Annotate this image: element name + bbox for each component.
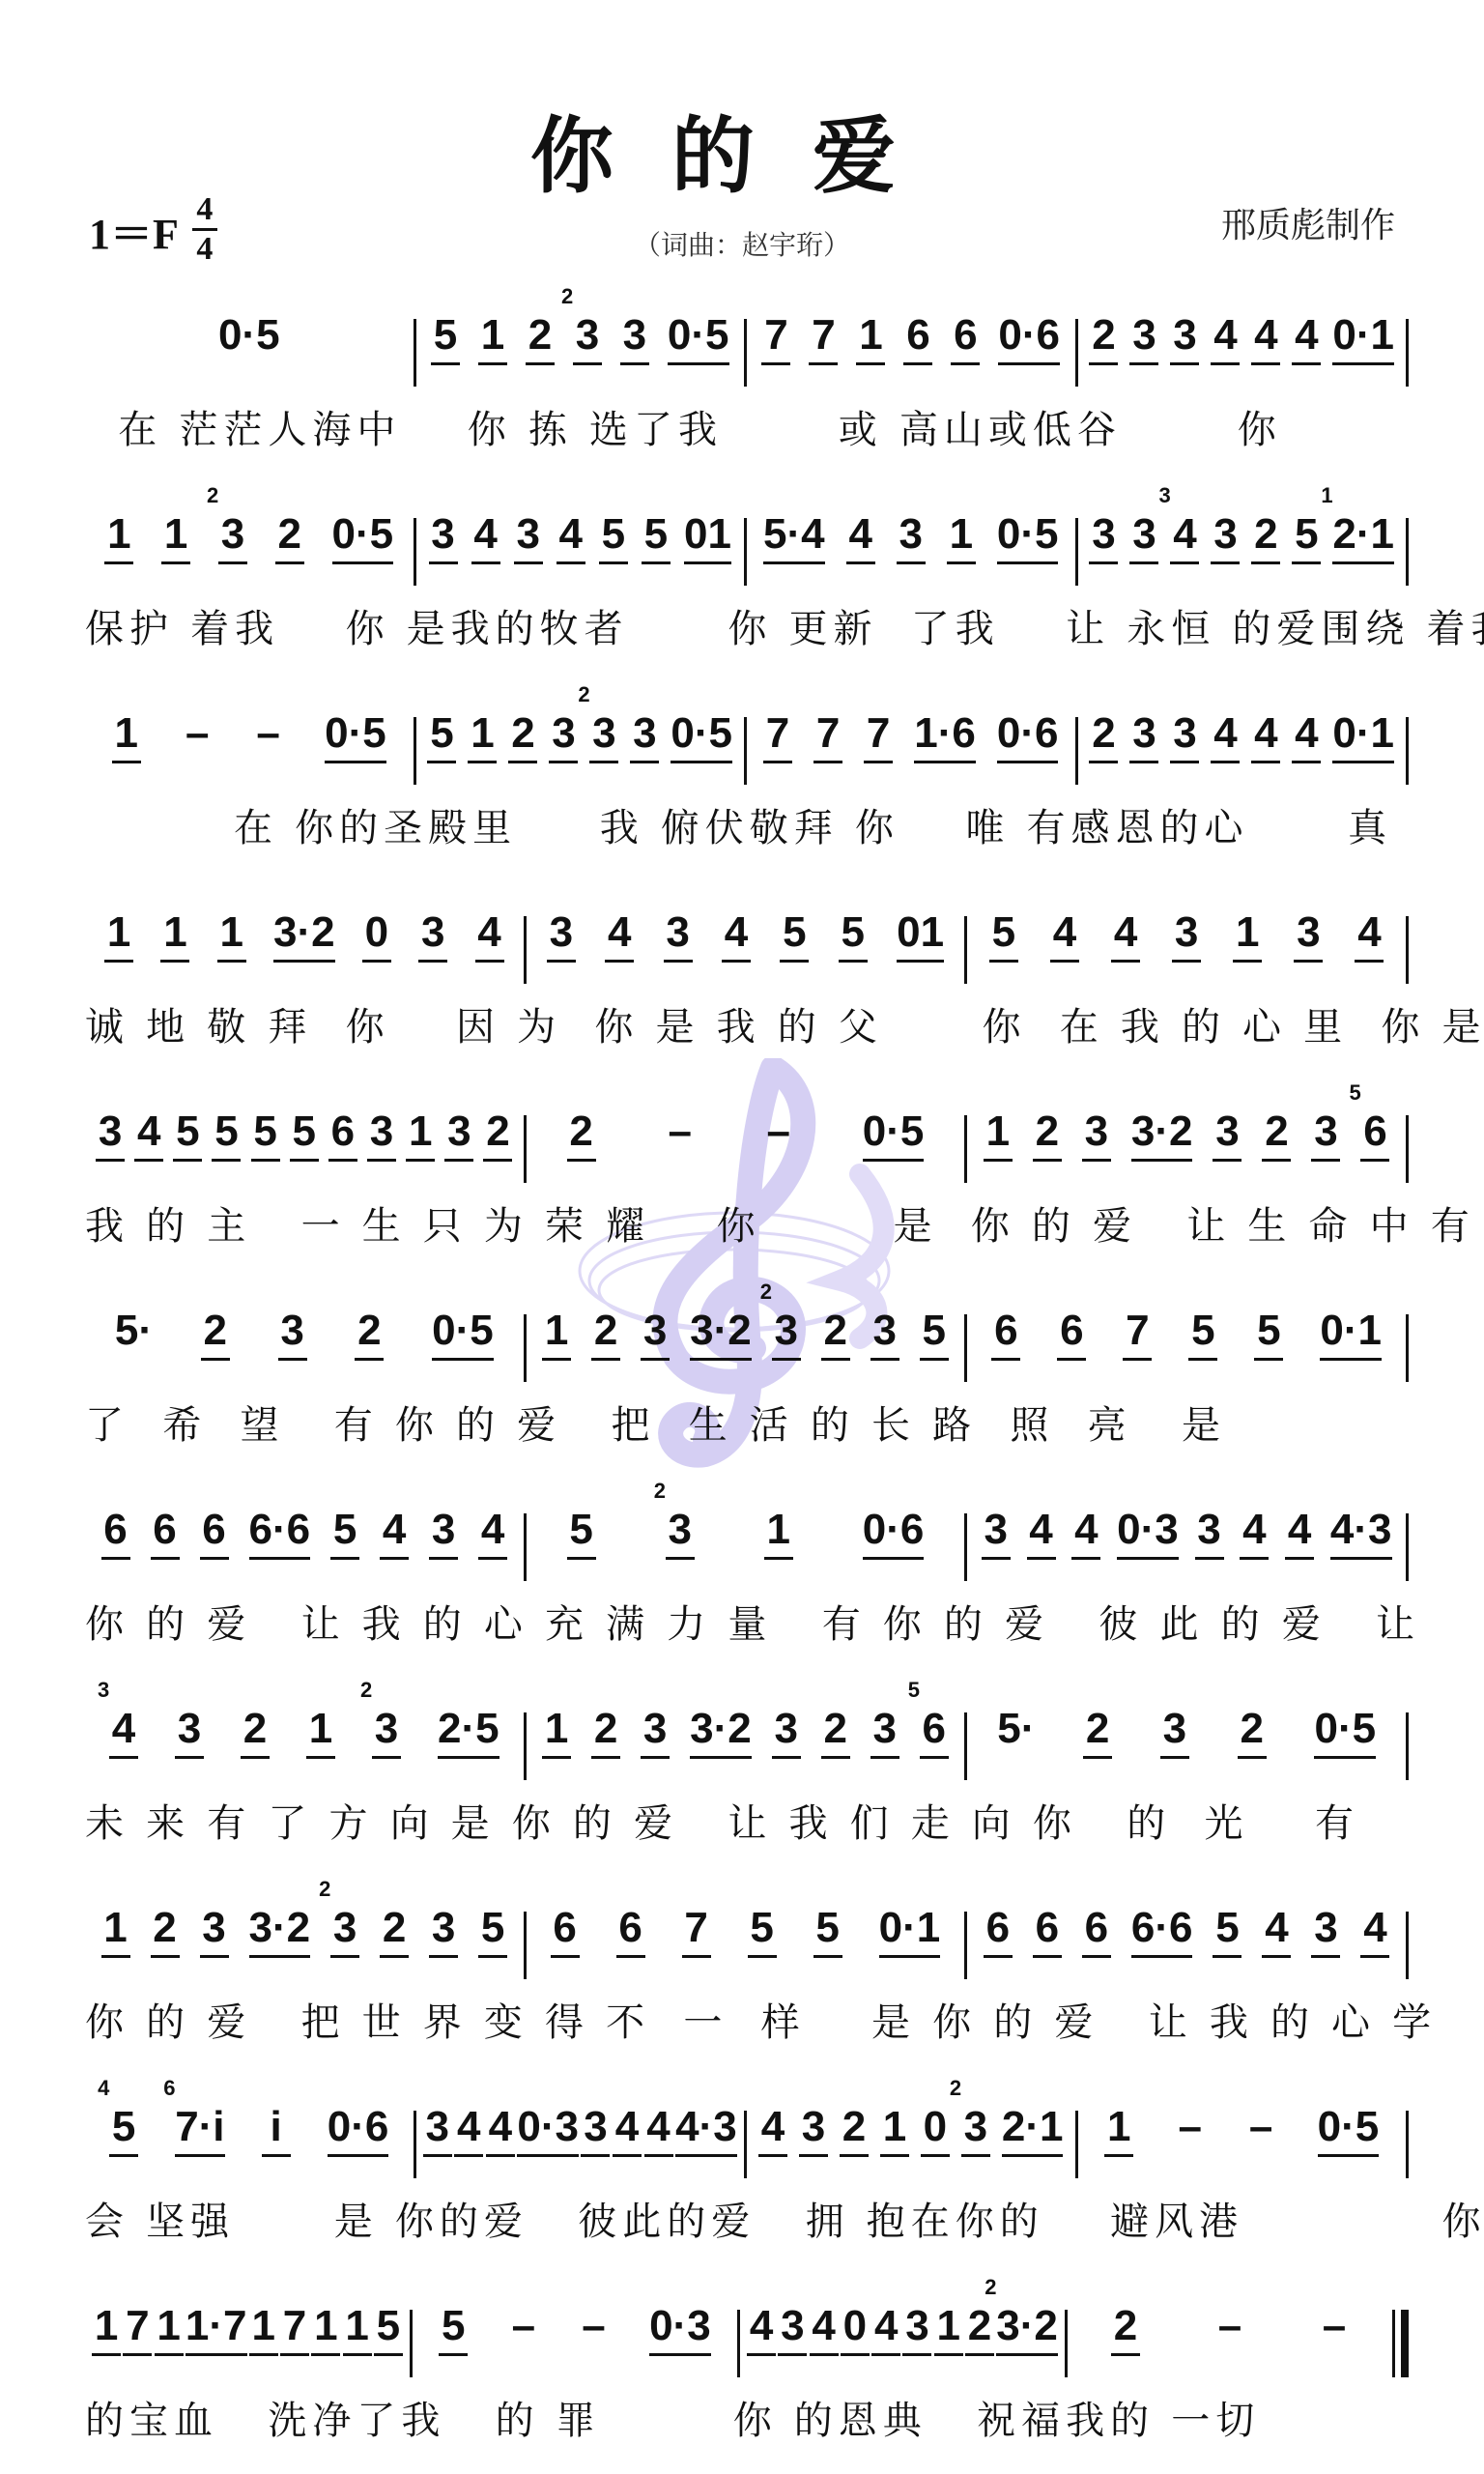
note: 5	[173, 1108, 202, 1162]
note: 2·5	[438, 1705, 499, 1759]
note: 4	[134, 1108, 163, 1162]
note: 5	[567, 1506, 596, 1560]
note: 23	[573, 311, 602, 365]
note: 2	[241, 1705, 270, 1759]
note: 4	[1240, 1506, 1269, 1560]
lyrics-line: 在 茫茫人海中 你 拣 选了我 或 高山或低谷 你	[85, 396, 1409, 464]
note: 7	[809, 311, 838, 365]
score-line: 1233·223235667550·16666·65434你 的 爱 把 世 界…	[85, 1883, 1409, 2082]
measure: 667550·1	[527, 1904, 965, 1958]
note: 1	[306, 1705, 335, 1759]
note: 2	[1083, 1705, 1112, 1759]
dash-extension: –	[509, 2302, 538, 2350]
note: 34	[109, 1705, 138, 1759]
note: 7	[682, 1904, 711, 1958]
note: 3	[547, 908, 576, 963]
note: 4	[1262, 1904, 1291, 1958]
barline	[1406, 1712, 1409, 1780]
note: 3	[1129, 510, 1158, 564]
measure: 2––0·5	[527, 1108, 965, 1162]
grace-note: 5	[1349, 1082, 1360, 1104]
measure: 5·2320·5	[967, 1705, 1406, 1759]
note: 4	[556, 510, 585, 564]
note: 0·5	[671, 709, 732, 763]
note: 5	[1213, 1904, 1241, 1958]
measure: 6666·65434	[967, 1904, 1406, 1958]
note: 45	[109, 2103, 138, 2157]
note: 6	[101, 1506, 130, 1560]
note: 5	[374, 2302, 403, 2356]
measure: 1711·717115	[85, 2302, 410, 2356]
note: 3	[1129, 311, 1158, 365]
note: 5	[431, 311, 460, 365]
note: 5	[989, 908, 1018, 963]
note: 0·6	[997, 709, 1059, 763]
measure: 3440·33444·3	[416, 2103, 745, 2157]
note: 5	[330, 1506, 359, 1560]
note: 1	[880, 2103, 909, 2157]
measure: 2––	[1068, 2302, 1392, 2356]
note: 0	[362, 908, 391, 963]
note: 5	[290, 1108, 319, 1162]
lyrics-line: 的宝血 洗净了我 的 罪 你 的恩典 祝福我的 一切	[85, 2387, 1409, 2455]
grace-note: 2	[950, 2078, 961, 2099]
notation-row: 1––0·551232330·57771·60·62334440·1	[85, 688, 1409, 794]
note: 3	[664, 908, 693, 963]
note: 4	[478, 1506, 507, 1560]
note: 1	[112, 709, 141, 763]
note: 3	[1129, 709, 1158, 763]
note: 1	[947, 510, 976, 564]
note: 0·5	[218, 311, 280, 360]
measure: 34345501	[416, 510, 745, 564]
note: 7	[123, 2302, 152, 2356]
grace-note: 4	[98, 2078, 109, 2099]
note: 5	[780, 908, 809, 963]
note: 3	[1089, 510, 1118, 564]
note: 01	[897, 908, 944, 963]
note: 0	[841, 2302, 870, 2356]
note: 3	[429, 1904, 458, 1958]
note: 3·2	[273, 908, 335, 963]
notation-row: 34321232·51233·2323565·2320·5	[85, 1683, 1409, 1790]
notation-row: 6666·6543452310·63440·33444·3	[85, 1484, 1409, 1591]
note: 1	[101, 1904, 130, 1958]
note: 3	[429, 1506, 458, 1560]
score-line: 1––0·551232330·57771·60·62334440·1 在 你的圣…	[85, 688, 1409, 887]
measure: 52310·6	[527, 1506, 965, 1560]
note: 1	[249, 2302, 278, 2356]
note: 7	[280, 2302, 309, 2356]
note: 3	[514, 510, 543, 564]
measure: 43210232·1	[747, 2103, 1075, 2157]
note: 3	[367, 1108, 396, 1162]
dash-extension: –	[1320, 2302, 1349, 2350]
note: 5	[839, 908, 868, 963]
note: 4	[475, 908, 504, 963]
measure: 1––0·5	[85, 709, 414, 763]
notation-row: 4567·ii0·63440·33444·343210232·11––0·5	[85, 2082, 1409, 2188]
note: 2	[821, 1307, 850, 1361]
notation-row: 5·2320·51233·223235667550·1	[85, 1285, 1409, 1392]
note: 2	[567, 1108, 596, 1162]
measure: 6666·65434	[85, 1506, 524, 1560]
note: 0·5	[863, 1108, 925, 1162]
measure: 667550·1	[967, 1307, 1406, 1361]
measure: 4340431223·2	[740, 2302, 1065, 2356]
note: 3	[641, 1307, 670, 1361]
note: 2	[275, 510, 304, 564]
note: 4·3	[1330, 1506, 1392, 1560]
note: 3	[549, 709, 578, 763]
note: 2	[151, 1904, 180, 1958]
barline	[1406, 319, 1409, 387]
note: 1	[1104, 2103, 1133, 2157]
barline	[1406, 1115, 1409, 1183]
note: 3	[1170, 311, 1199, 365]
note: 4	[644, 2103, 673, 2157]
lyrics-line: 保护 着我 你 是我的牧者 你 更新 了我 让 永恒 的爱围绕 着我	[85, 595, 1409, 663]
note: 1	[155, 2302, 184, 2356]
note: 3	[1211, 510, 1240, 564]
note: 6·6	[249, 1506, 311, 1560]
note: 4	[1251, 709, 1280, 763]
lyrics-line: 了 希 望 有 你 的 爱 把 生 活 的 长 路 照 亮 是	[85, 1392, 1409, 1459]
note: 1	[406, 1108, 435, 1162]
score-line: 1711·7171155––0·34340431223·22––的宝血 洗净了我…	[85, 2281, 1409, 2474]
note: 23	[772, 1307, 801, 1361]
note: 7	[864, 709, 893, 763]
note: 5	[920, 1307, 949, 1361]
score-line: 0·55122330·5771660·62334440·1 在 茫茫人海中 你 …	[85, 290, 1409, 489]
measure: 2334440·1	[1078, 311, 1407, 365]
note: 2	[1089, 709, 1118, 763]
note: 1	[542, 1307, 571, 1361]
barline	[1406, 2111, 1409, 2178]
note: 3	[1082, 1108, 1111, 1162]
notation-row: 1113·2034343455015443134	[85, 887, 1409, 993]
note: 3	[778, 2302, 807, 2356]
note: 3	[772, 1705, 801, 1759]
note: 6	[328, 1108, 357, 1162]
notation-row: 345555631322––0·51233·232356	[85, 1086, 1409, 1193]
note: 4	[486, 2103, 515, 2157]
barline	[1406, 1314, 1409, 1382]
note: 2	[591, 1307, 620, 1361]
note: 7	[761, 311, 790, 365]
lyrics-line: 你 的 爱 让 我 的 心 充 满 力 量 有 你 的 爱 彼 此 的 爱 让	[85, 1591, 1409, 1658]
note: 7	[763, 709, 792, 763]
grace-note: 2	[760, 1281, 772, 1303]
note: 7	[1123, 1307, 1152, 1361]
grace-note: 3	[1158, 485, 1170, 506]
note: 56	[1360, 1108, 1389, 1162]
measure: 5––0·3	[413, 2302, 737, 2356]
note: 5·	[115, 1307, 153, 1355]
note: 3	[429, 510, 458, 564]
note: 3	[870, 1705, 899, 1759]
note: 2	[355, 1307, 384, 1361]
note: 5	[599, 510, 628, 564]
note: 2	[201, 1307, 230, 1361]
measure: 5443134	[967, 908, 1406, 963]
score-line: 5·2320·51233·223235667550·1了 希 望 有 你 的 爱…	[85, 1285, 1409, 1484]
note: 2	[821, 1705, 850, 1759]
note: 5	[427, 709, 456, 763]
measure: 112320·5	[85, 510, 414, 564]
note: 3	[200, 1904, 229, 1958]
note: 5	[1292, 510, 1321, 564]
note: 4	[810, 2302, 839, 2356]
score-line: 345555631322––0·51233·232356我 的 主 一 生 只 …	[85, 1086, 1409, 1285]
note: 23	[218, 510, 247, 564]
measure: 5122330·5	[416, 311, 745, 365]
grace-note: 3	[98, 1680, 109, 1701]
note: 4	[454, 2103, 483, 2157]
note: 1	[478, 311, 507, 365]
note: 6·6	[1131, 1904, 1193, 1958]
note: i	[262, 2103, 291, 2157]
note: 23	[961, 2103, 990, 2157]
note: 0·3	[517, 2103, 579, 2157]
note: 23	[372, 1705, 401, 1759]
note: 2	[1111, 2302, 1140, 2356]
note: 3	[620, 311, 649, 365]
note: 0·1	[879, 1904, 941, 1958]
dash-extension: –	[579, 2302, 608, 2350]
note: 4	[1360, 1904, 1389, 1958]
note: 2·1	[1002, 2103, 1064, 2157]
note: 3	[1294, 908, 1323, 963]
note: 3	[982, 1506, 1011, 1560]
note: 3	[897, 510, 926, 564]
grace-note: 2	[561, 286, 573, 307]
lyrics-line: 会 坚强 是 你的爱 彼此的爱 拥 抱在你的 避风港 你	[85, 2188, 1409, 2256]
note: 3	[1195, 1506, 1224, 1560]
grace-note: 2	[319, 1879, 330, 1900]
note: 3	[1213, 1108, 1241, 1162]
note: 1	[92, 2302, 121, 2356]
note: 1	[856, 311, 885, 365]
note: 6	[151, 1506, 180, 1560]
note: 0·5	[997, 510, 1059, 564]
note: 0·6	[998, 311, 1060, 365]
lyrics-line: 我 的 主 一 生 只 为 荣 耀 你 是 你 的 爱 让 生 命 中 有	[85, 1193, 1409, 1260]
note: 1	[934, 2302, 963, 2356]
note: 2	[508, 709, 537, 763]
note: 4	[471, 510, 500, 564]
measure: 5·2320·5	[85, 1307, 524, 1361]
note: 12·1	[1332, 510, 1394, 564]
note: 23	[666, 1506, 695, 1560]
note: 1	[468, 709, 497, 763]
score-line: 34321232·51233·2323565·2320·5未 来 有 了 方 向…	[85, 1683, 1409, 1883]
note: 4	[1211, 709, 1240, 763]
barline	[1406, 1513, 1409, 1581]
measure: 1233·232356	[967, 1108, 1406, 1162]
dash-extension: –	[254, 709, 283, 758]
dash-extension: –	[764, 1108, 793, 1156]
measure: 34345501	[527, 908, 965, 963]
note: 3	[423, 2103, 452, 2157]
note: 6	[903, 311, 932, 365]
note: 1	[1233, 908, 1262, 963]
note: 0	[921, 2103, 950, 2157]
note: 34	[1170, 510, 1199, 564]
note: 3	[96, 1108, 125, 1162]
arranger-credit: 邢质彪制作	[1221, 198, 1395, 247]
dash-extension: –	[666, 1108, 695, 1156]
note: 5	[439, 2302, 468, 2356]
note: 2	[380, 1904, 409, 1958]
note: 1	[160, 908, 189, 963]
note: 6	[1057, 1307, 1086, 1361]
note: 3	[278, 1307, 307, 1361]
note: 0·3	[1117, 1506, 1179, 1560]
final-barline	[1392, 2310, 1409, 2377]
note: 0·5	[1318, 2103, 1380, 2157]
note: 2	[591, 1705, 620, 1759]
dash-extension: –	[183, 709, 212, 758]
note: 3	[444, 1108, 473, 1162]
note: 0·3	[649, 2302, 711, 2356]
measure: 0·5	[85, 311, 414, 360]
note: 0·1	[1320, 1307, 1382, 1361]
measure: 7771·60·6	[747, 709, 1075, 763]
note: 1	[542, 1705, 571, 1759]
note: 2	[840, 2103, 869, 2157]
grace-note: 1	[1321, 485, 1332, 506]
note: 4	[380, 1506, 409, 1560]
measure: 4567·ii0·6	[85, 2103, 414, 2157]
note: 4	[1292, 709, 1321, 763]
note: 1	[104, 908, 133, 963]
note: 1	[311, 2302, 340, 2356]
lyrics-line: 未 来 有 了 方 向 是 你 的 爱 让 我 们 走 向 你 的 光 有	[85, 1790, 1409, 1857]
note: 3	[175, 1705, 204, 1759]
note: 2	[1033, 1108, 1062, 1162]
note: 0·1	[1332, 311, 1394, 365]
note: 1·6	[914, 709, 976, 763]
note: 4	[613, 2103, 642, 2157]
note: 4	[1285, 1506, 1314, 1560]
note: 1	[161, 510, 190, 564]
note: 2	[526, 311, 555, 365]
measure: 771660·6	[747, 311, 1075, 365]
note: 5·	[997, 1705, 1035, 1753]
notation-row: 112320·5343455015·44310·5333432512·1	[85, 489, 1409, 595]
note: 0·6	[863, 1506, 925, 1560]
note: 3	[641, 1705, 670, 1759]
barline	[1406, 916, 1409, 984]
grace-note: 5	[908, 1680, 920, 1701]
measure: 1––0·5	[1078, 2103, 1407, 2157]
note: 4	[846, 510, 875, 564]
note: 5	[748, 1904, 777, 1958]
dash-extension: –	[1176, 2103, 1205, 2151]
note: 0·1	[1332, 709, 1394, 763]
note: 6	[1033, 1904, 1062, 1958]
note: 2	[1251, 510, 1280, 564]
song-title: 你的爱	[0, 89, 1484, 209]
measure: 5·44310·5	[747, 510, 1075, 564]
dash-extension: –	[1215, 2302, 1244, 2350]
note: 67·i	[175, 2103, 224, 2157]
note: 4	[747, 2302, 776, 2356]
note: 4	[1251, 311, 1280, 365]
measure: 1233·223235	[527, 1307, 965, 1361]
notation-row: 1711·7171155––0·34340431223·22––	[85, 2281, 1409, 2387]
note: 5	[478, 1904, 507, 1958]
note: 3	[581, 2103, 610, 2157]
grace-note: 2	[207, 485, 218, 506]
note: 0·5	[668, 311, 729, 365]
note: 6	[1082, 1904, 1111, 1958]
note: 3·2	[690, 1307, 752, 1361]
lyrics-line: 在 你的圣殿里 我 俯伏敬拜 你 唯 有感恩的心 真	[85, 794, 1409, 862]
grace-note: 2	[360, 1680, 372, 1701]
note: 3·2	[690, 1705, 752, 1759]
score-line: 4567·ii0·63440·33444·343210232·11––0·5会 …	[85, 2082, 1409, 2281]
note: 4	[1071, 1506, 1100, 1560]
note: 4	[1292, 311, 1321, 365]
measure: 1113·2034	[85, 908, 524, 963]
note: 3	[799, 2103, 828, 2157]
note: 2	[1089, 311, 1118, 365]
note: 4	[1111, 908, 1140, 963]
measure: 1233·223235	[85, 1904, 524, 1958]
note: 1	[217, 908, 246, 963]
score-line: 6666·6543452310·63440·33444·3你 的 爱 让 我 的…	[85, 1484, 1409, 1683]
score-lines: 0·55122330·5771660·62334440·1 在 茫茫人海中 你 …	[85, 290, 1409, 2474]
note: 1	[764, 1506, 793, 1560]
note: 23	[330, 1904, 359, 1958]
dash-extension: –	[1246, 2103, 1275, 2151]
barline	[1406, 717, 1409, 785]
note: 0·5	[325, 709, 386, 763]
note: 5	[813, 1904, 842, 1958]
note: 3	[630, 709, 659, 763]
note: 0·5	[332, 510, 394, 564]
note: 3	[870, 1307, 899, 1361]
note: 4	[1050, 908, 1079, 963]
note: 0·6	[328, 2103, 389, 2157]
note: 3	[1311, 1108, 1340, 1162]
note: 2	[483, 1108, 512, 1162]
note: 2	[965, 2302, 994, 2356]
grace-note: 2	[985, 2277, 996, 2298]
barline	[1406, 1912, 1409, 1979]
note: 4	[605, 908, 634, 963]
note: 3·2	[249, 1904, 311, 1958]
note: 1	[984, 1108, 1013, 1162]
note: 23·2	[996, 2302, 1058, 2356]
note: 6	[616, 1904, 645, 1958]
note: 5	[1188, 1307, 1217, 1361]
note: 4	[1027, 1506, 1056, 1560]
measure: 1233·232356	[527, 1705, 965, 1759]
note: 4	[1355, 908, 1384, 963]
note: 6	[951, 311, 980, 365]
note: 0·5	[432, 1307, 494, 1361]
grace-note: 2	[578, 684, 589, 705]
note: 4	[871, 2302, 900, 2356]
note: 5	[1254, 1307, 1283, 1361]
measure: 3440·33444·3	[967, 1506, 1406, 1560]
note: 0·5	[1314, 1705, 1376, 1759]
note: 2	[1262, 1108, 1291, 1162]
measure: 34555563132	[85, 1108, 524, 1162]
